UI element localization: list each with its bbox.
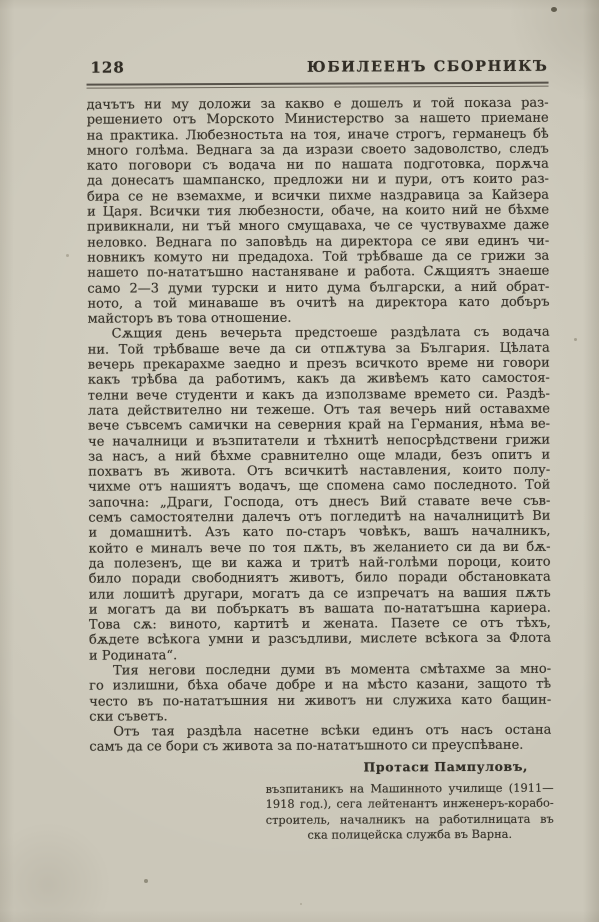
page-header: 128 ЮБИЛЕЕНЪ СБОРНИКЪ <box>86 57 548 77</box>
text-line: го излишни, бѣха обаче добре и на мѣсто … <box>89 677 551 694</box>
text-line: вече съвсемъ самички на северния край на… <box>88 417 550 434</box>
text-line: привикнали, ни тъй много смущаваха, че с… <box>87 218 549 235</box>
signature-credit-line: възпитаникъ на Машинното училище (1911— <box>266 780 554 797</box>
text-line: Сѫщия день вечерьта предстоеше раздѣлата… <box>88 325 550 342</box>
text-line: било поради свободниятъ животъ, било пор… <box>89 570 551 587</box>
paper-speck <box>66 254 69 257</box>
paper-speck <box>574 338 577 341</box>
text-line: и домашнитѣ. Азъ като по-старъ човѣкъ, в… <box>88 524 550 541</box>
header-rule <box>87 82 549 89</box>
book-page: 128 ЮБИЛЕЕНЪ СБОРНИКЪ дачътъ ни му долож… <box>0 0 599 922</box>
text-line: или лошитѣ другари, могатъ да се изпреча… <box>89 585 551 602</box>
page-number: 128 <box>90 58 124 76</box>
text-line: нашето по-нататъшно настаняване и работа… <box>87 264 549 281</box>
text-line: самъ да се бори съ живота за по-нататъшн… <box>89 738 551 755</box>
signature-credit-line: строитель, началникъ на работилницата въ… <box>266 811 554 828</box>
signature-credit: възпитаникъ на Машинното училище (1911—1… <box>266 780 554 843</box>
text-line: само 2—3 думи турски и нито дума българс… <box>87 279 549 296</box>
header-rule-thin <box>87 86 549 89</box>
paper-speck <box>300 903 302 905</box>
text-line: решението отъ Морското Министерство за н… <box>87 111 549 128</box>
text-line: че началници и възпитатели и тѣхнитѣ неп… <box>88 432 550 449</box>
text-line: често въ по-нататъшния ни животъ ни служ… <box>89 692 551 709</box>
text-line: ното, а той минаваше въ очитѣ на директо… <box>87 295 549 312</box>
text-line: да донесатъ шампанско, предложи ни и пур… <box>87 172 549 189</box>
paper-speck <box>144 879 148 883</box>
journal-title: ЮБИЛЕЕНЪ СБОРНИКЪ <box>307 58 548 76</box>
text-line: чихме отъ нашиятъ водачъ, ще спомена сам… <box>88 478 550 495</box>
body-text: дачътъ ни му доложи за какво е дошелъ и … <box>87 96 552 756</box>
paper-speck <box>551 7 557 12</box>
signature-credit-line: 1918 год.), сега лейтенантъ инженеръ-кор… <box>266 796 554 813</box>
signature-credit-line: ска полицейска служба въ Варна. <box>266 827 554 844</box>
text-line: какъ трѣбва да работимъ, какъ да живѣемъ… <box>88 371 550 388</box>
signature-name: Протаси Пампуловъ, <box>363 758 551 774</box>
scanned-content: 128 ЮБИЛЕЕНЪ СБОРНИКЪ дачътъ ни му долож… <box>0 0 599 844</box>
text-line: бѫдете всѣкога умни и разсъдливи, мислет… <box>89 631 551 648</box>
